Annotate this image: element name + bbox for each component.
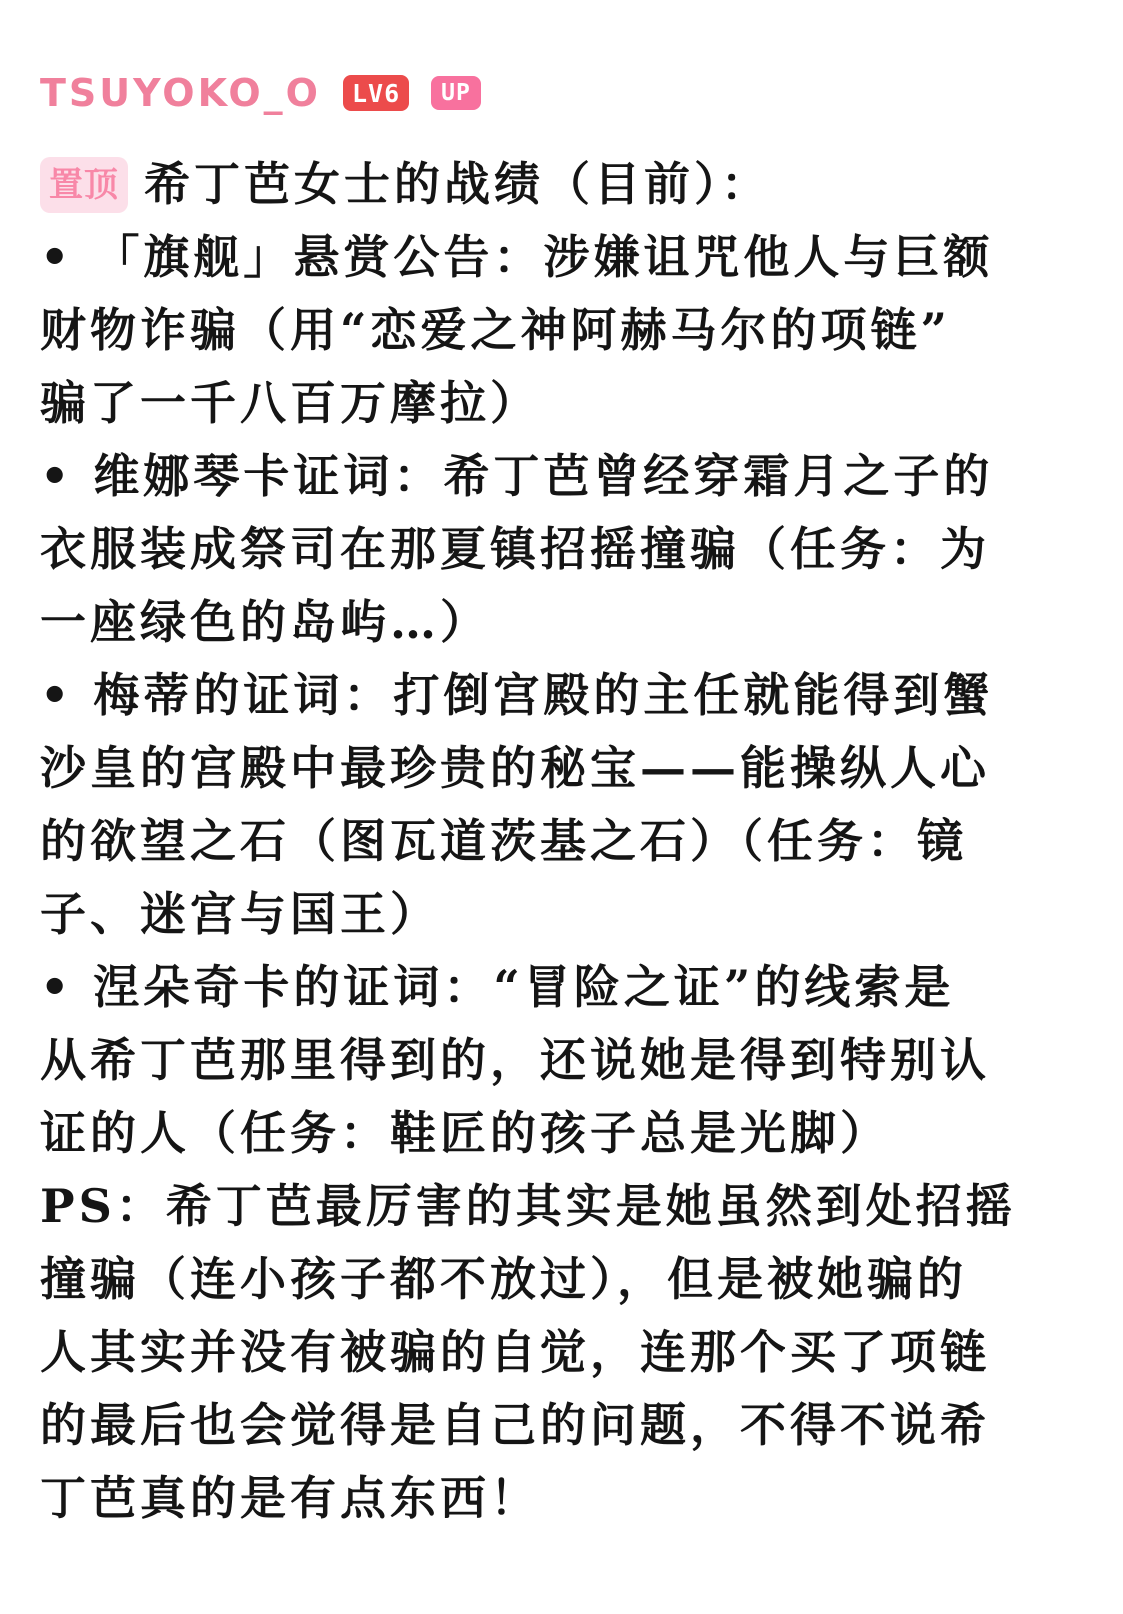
text-line: PS：希丁芭最厉害的其实是她虽然到处招摇 — [40, 1170, 1095, 1243]
text-line: • 「旗舰」悬赏公告：涉嫌诅咒他人与巨额 — [40, 221, 1095, 294]
text-line: • 维娜琴卡证词：希丁芭曾经穿霜月之子的 — [40, 440, 1095, 513]
text-line: 衣服装成祭司在那夏镇招摇撞骗（任务：为 — [40, 513, 1095, 586]
user-header: TSUYOKO_O LV6 UP — [40, 70, 1095, 116]
text-line: 一座绿色的岛屿…） — [40, 586, 1095, 659]
text-line: 撞骗（连小孩子都不放过），但是被她骗的 — [40, 1243, 1095, 1316]
text-line: • 涅朵奇卡的证词：“冒险之证”的线索是 — [40, 951, 1095, 1024]
post-title: 希丁芭女士的战绩（目前）： — [144, 148, 771, 221]
level-badge: LV6 — [343, 75, 409, 111]
text-line: 子、迷宫与国王） — [40, 878, 1095, 951]
text-line: 沙皇的宫殿中最珍贵的秘宝——能操纵人心 — [40, 732, 1095, 805]
text-line: 的最后也会觉得是自己的问题，不得不说希 — [40, 1389, 1095, 1462]
post-page: TSUYOKO_O LV6 UP 置顶 希丁芭女士的战绩（目前）： • 「旗舰」… — [0, 0, 1123, 1614]
pinned-badge: 置顶 — [40, 157, 128, 213]
text-line: • 梅蒂的证词：打倒宫殿的主任就能得到蟹 — [40, 659, 1095, 732]
text-line: 财物诈骗（用“恋爱之神阿赫马尔的项链” — [40, 294, 1095, 367]
text-line: 证的人（任务：鞋匠的孩子总是光脚） — [40, 1097, 1095, 1170]
post-content: 置顶 希丁芭女士的战绩（目前）： • 「旗舰」悬赏公告：涉嫌诅咒他人与巨额 财物… — [40, 148, 1095, 1535]
text-line: 丁芭真的是有点东西！ — [40, 1462, 1095, 1535]
text-line: 从希丁芭那里得到的，还说她是得到特别认 — [40, 1024, 1095, 1097]
username[interactable]: TSUYOKO_O — [40, 71, 321, 115]
text-line: 的欲望之石（图瓦道茨基之石）（任务：镜 — [40, 805, 1095, 878]
up-badge: UP — [431, 76, 481, 110]
text-line: 骗了一千八百万摩拉） — [40, 367, 1095, 440]
text-line: 人其实并没有被骗的自觉，连那个买了项链 — [40, 1316, 1095, 1389]
title-line: 置顶 希丁芭女士的战绩（目前）： — [40, 148, 1095, 221]
